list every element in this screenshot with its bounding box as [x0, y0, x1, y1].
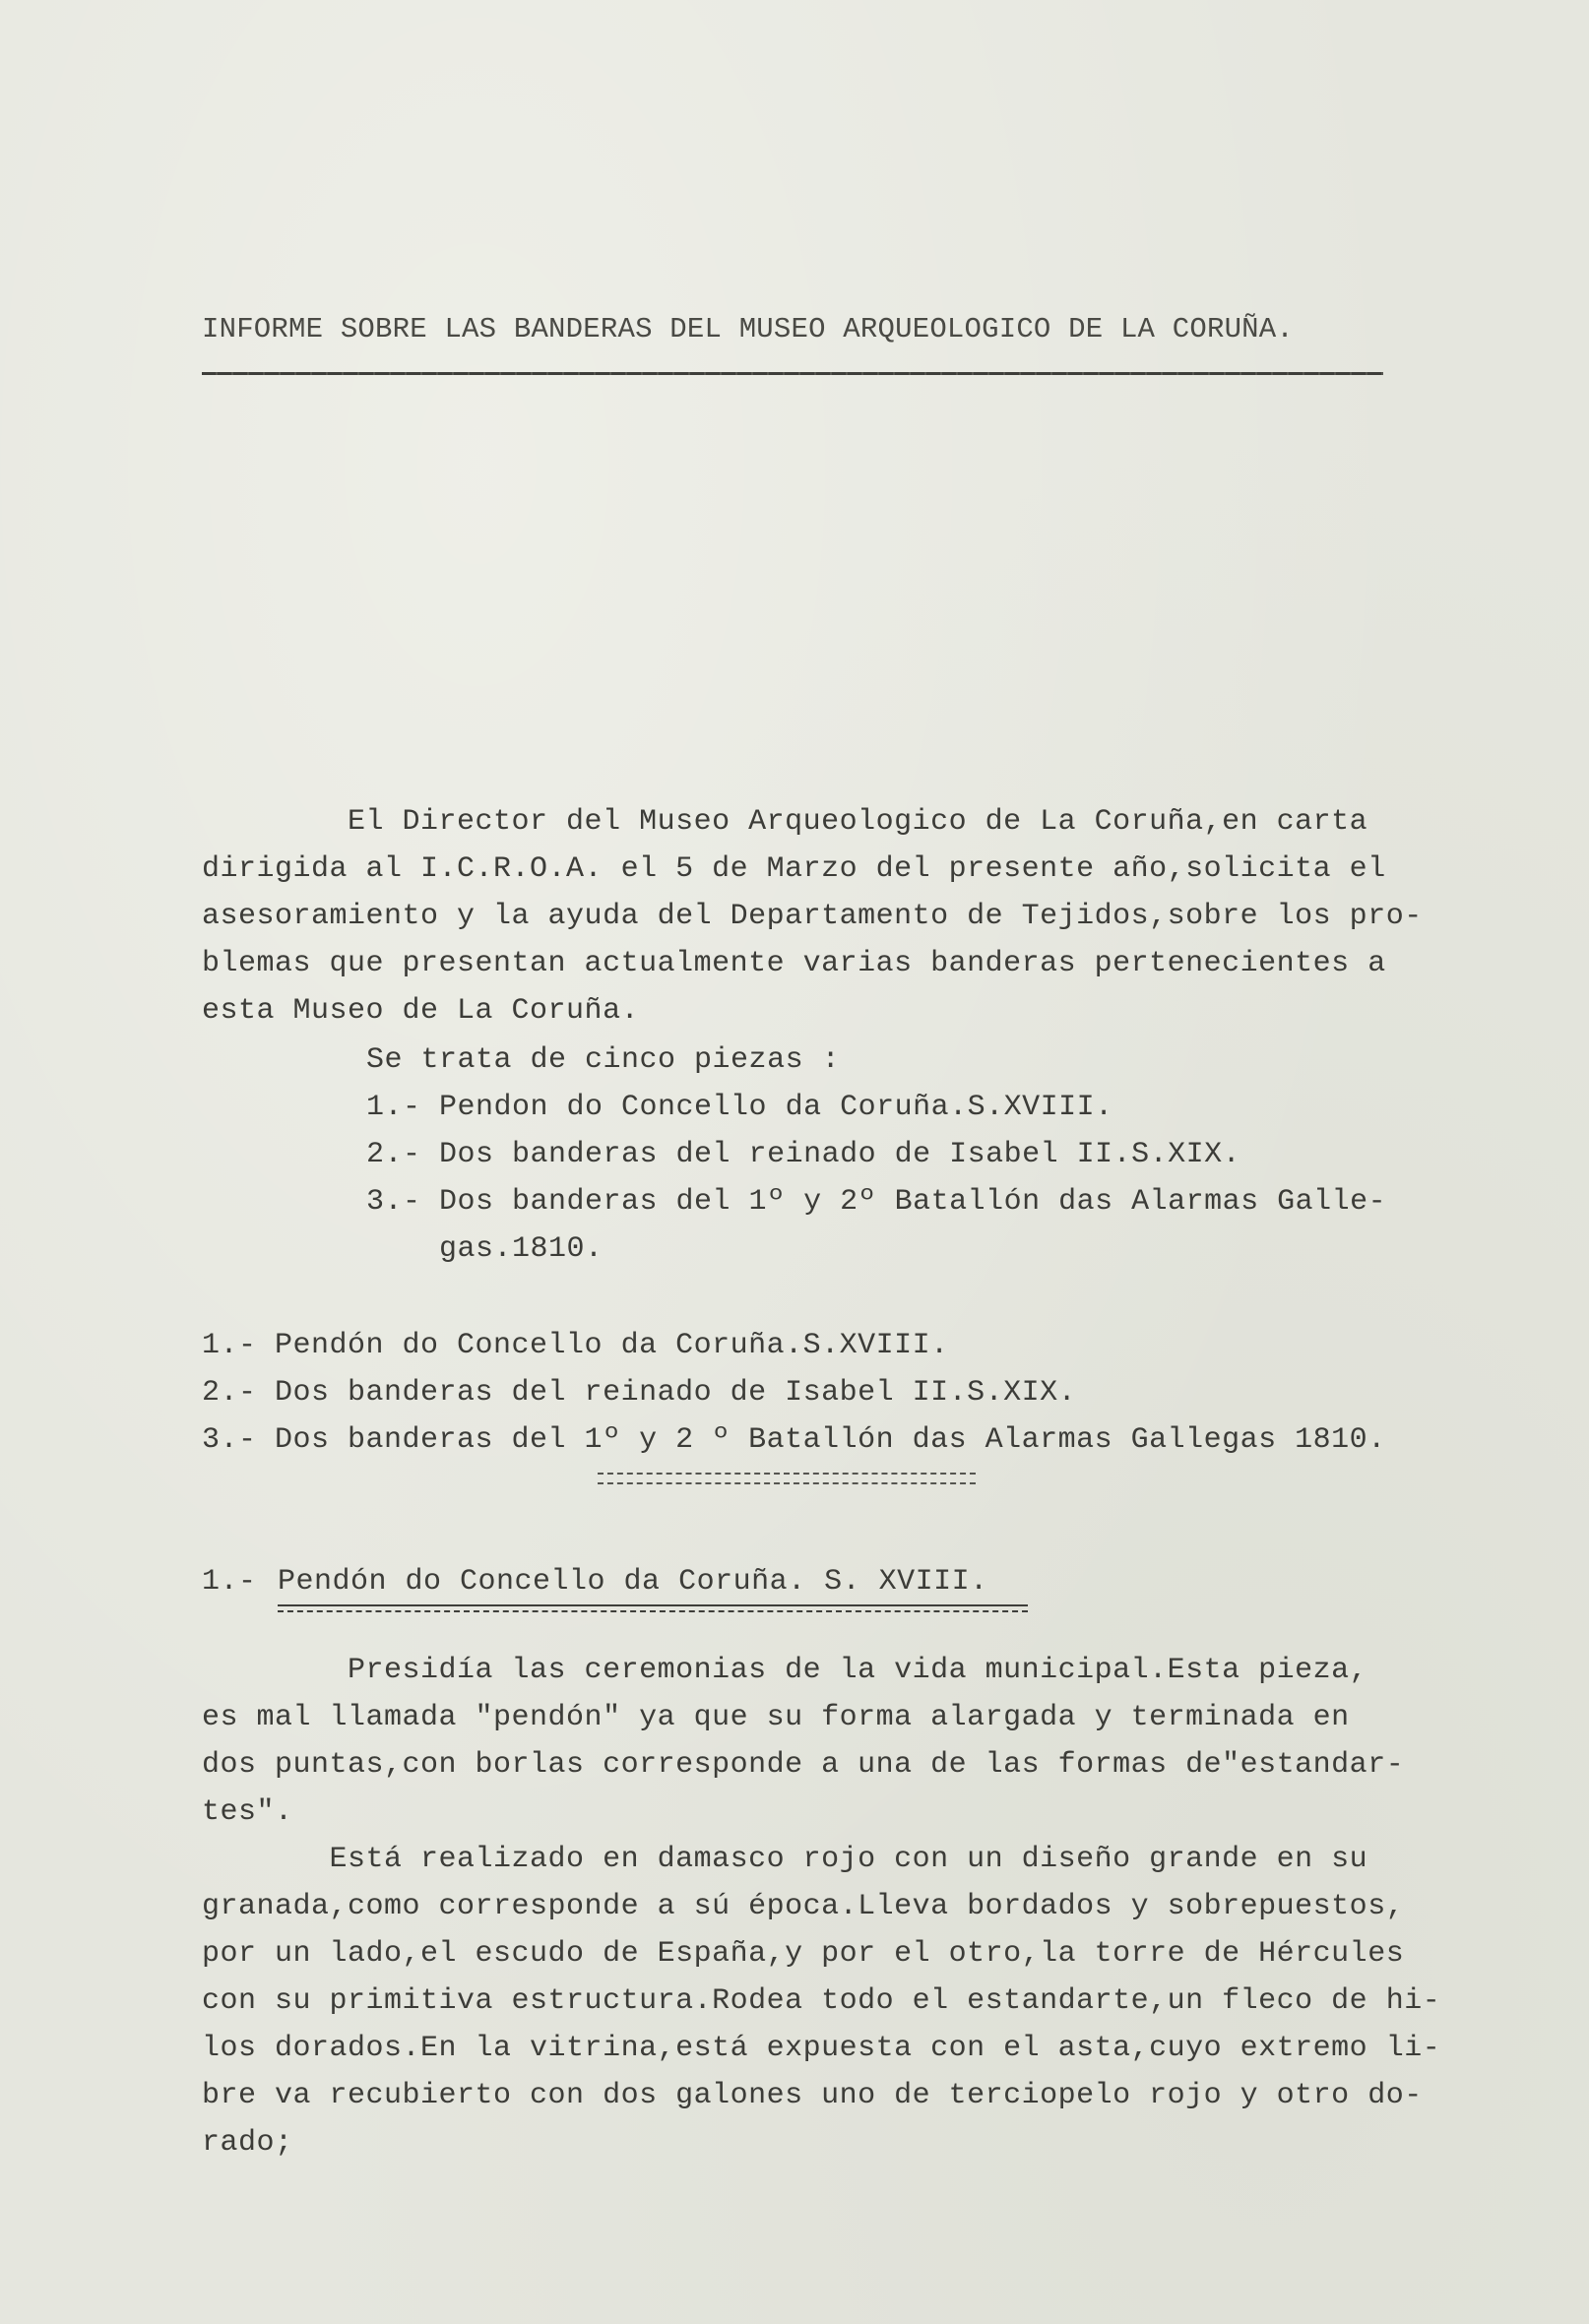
- section-paragraph-line: rado;: [202, 2126, 293, 2160]
- summary-list-item: 3.- Dos banderas del 1º y 2 º Batallón d…: [202, 1423, 1386, 1457]
- pieces-list-item: 3.- Dos banderas del 1º y 2º Batallón da…: [366, 1185, 1386, 1219]
- pieces-intro: Se trata de cinco piezas :: [366, 1043, 840, 1077]
- section-paragraph-line: dos puntas,con borlas corresponde a una …: [202, 1748, 1404, 1782]
- section-heading: Pendón do Concello da Coruña. S. XVIII.: [278, 1565, 988, 1599]
- document-title: INFORME SOBRE LAS BANDERAS DEL MUSEO ARQ…: [202, 313, 1294, 345]
- pieces-list-item: gas.1810.: [366, 1232, 604, 1266]
- section-paragraph-line: bre va recubierto con dos galones uno de…: [202, 2079, 1423, 2112]
- section-paragraph-line: granada,como corresponde a sú época.Llev…: [202, 1890, 1404, 1923]
- section-paragraph-line: con su primitiva estructura.Rodea todo e…: [202, 1984, 1440, 2018]
- section-paragraph-line: Presidía las ceremonias de la vida munic…: [202, 1654, 1367, 1687]
- double-dash-separator: [598, 1473, 976, 1484]
- intro-line: esta Museo de La Coruña.: [202, 994, 639, 1028]
- intro-line: blemas que presentan actualmente varias …: [202, 947, 1386, 980]
- title-underline: [202, 372, 1383, 375]
- pieces-list-item: 1.- Pendon do Concello da Coruña.S.XVIII…: [366, 1091, 1113, 1124]
- section-number: 1.-: [202, 1565, 275, 1599]
- typewritten-page: INFORME SOBRE LAS BANDERAS DEL MUSEO ARQ…: [0, 0, 1589, 2324]
- section-paragraph-line: es mal llamada "pendón" ya que su forma …: [202, 1701, 1350, 1734]
- section-paragraph-line: los dorados.En la vitrina,está expuesta …: [202, 2032, 1440, 2065]
- intro-line: asesoramiento y la ayuda del Departament…: [202, 900, 1423, 933]
- section-paragraph-line: tes".: [202, 1795, 293, 1829]
- summary-list-item: 1.- Pendón do Concello da Coruña.S.XVIII…: [202, 1329, 949, 1362]
- intro-line: El Director del Museo Arqueologico de La…: [202, 805, 1367, 839]
- summary-list-item: 2.- Dos banderas del reinado de Isabel I…: [202, 1376, 1076, 1410]
- pieces-list-item: 2.- Dos banderas del reinado de Isabel I…: [366, 1138, 1240, 1171]
- section-paragraph-line: por un lado,el escudo de España,y por el…: [202, 1937, 1404, 1971]
- intro-line: dirigida al I.C.R.O.A. el 5 de Marzo del…: [202, 852, 1386, 886]
- section-paragraph-line: Está realizado en damasco rojo con un di…: [202, 1843, 1367, 1876]
- section-heading-underline: [278, 1604, 1028, 1612]
